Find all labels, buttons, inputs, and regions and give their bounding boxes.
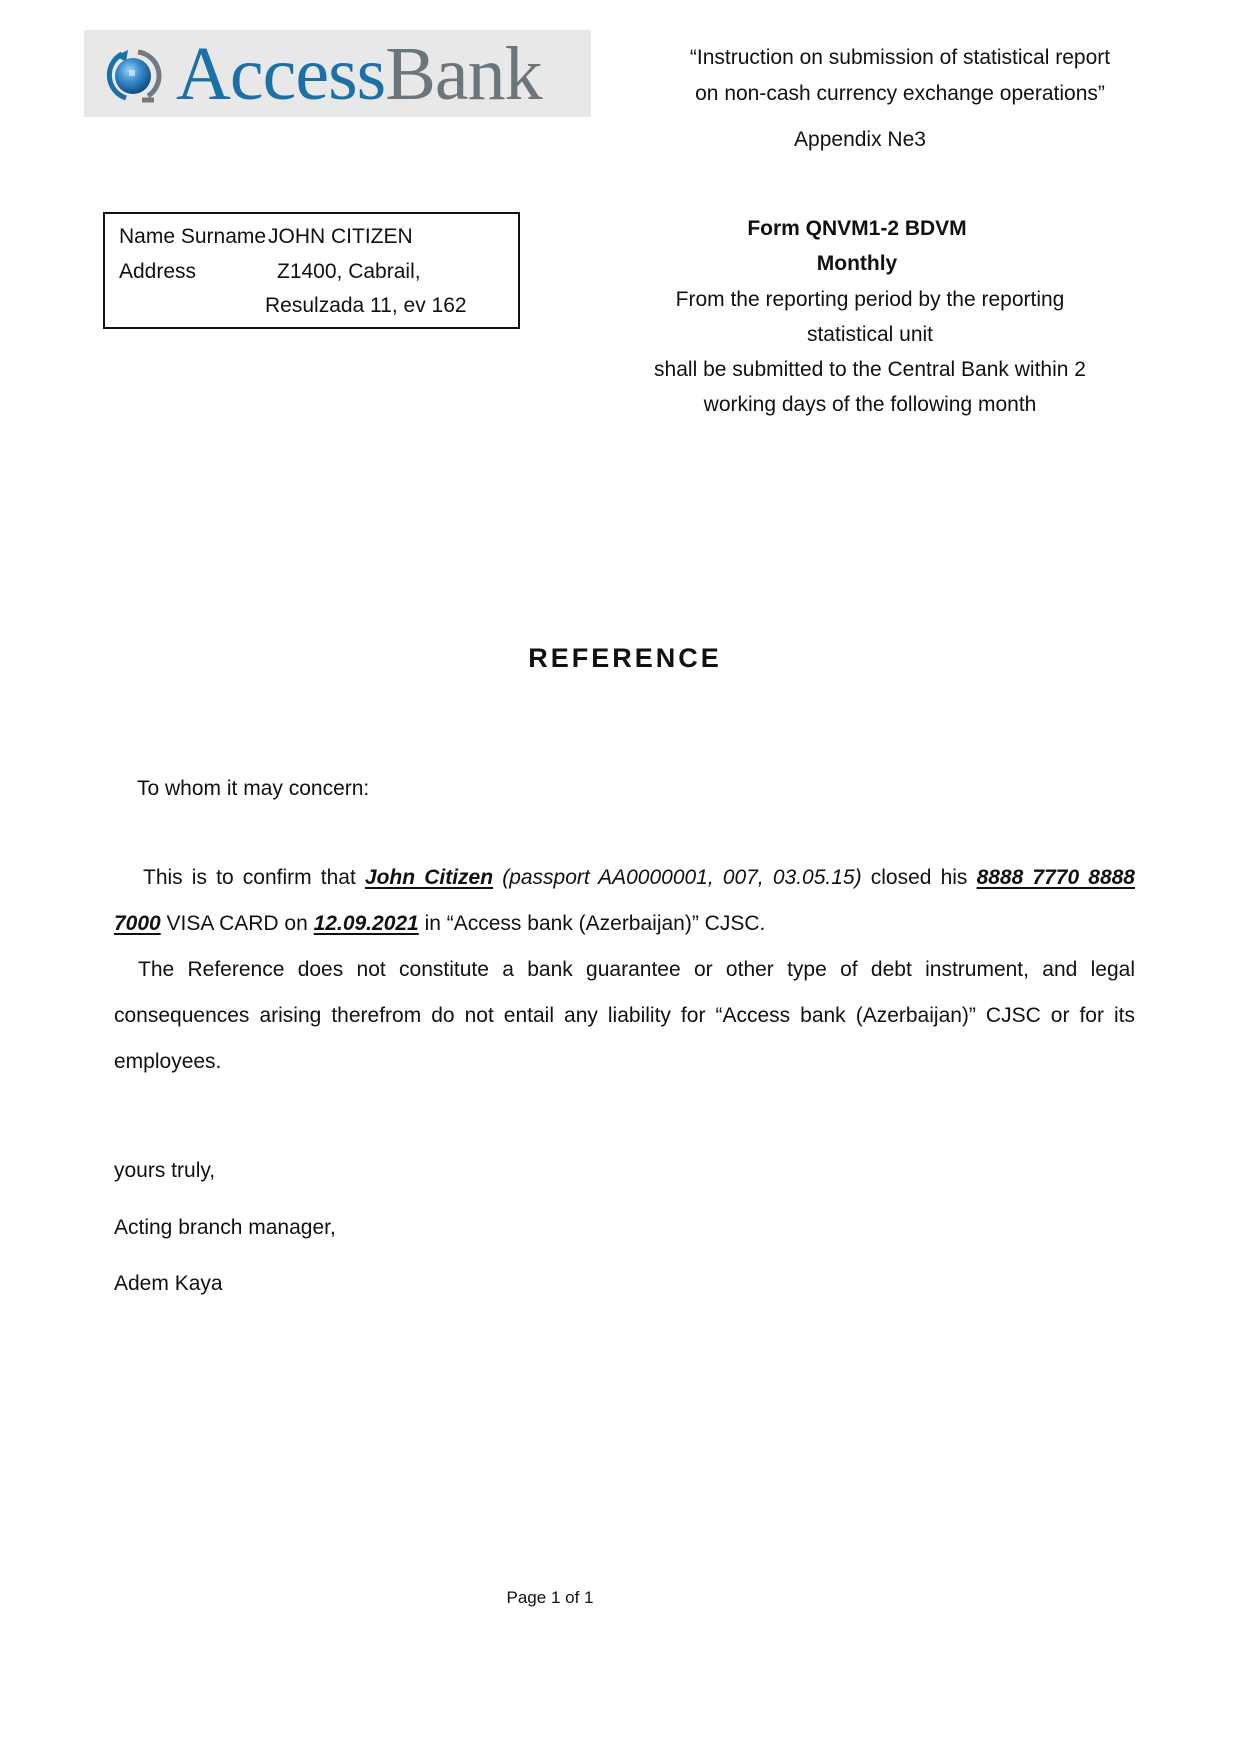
card-type: VISA CARD on xyxy=(161,912,314,935)
name-label: Name Surname xyxy=(119,222,266,252)
disclaimer-paragraph: The Reference does not constitute a bank… xyxy=(114,947,1135,1085)
reference-body: This is to confirm that John Citizen (pa… xyxy=(114,855,1135,1085)
signatory-position: Acting branch manager, xyxy=(114,1200,336,1257)
confirmation-paragraph: This is to confirm that John Citizen (pa… xyxy=(114,855,1135,947)
form-info: Form QNVM1-2 BDVM Monthly From the repor… xyxy=(620,211,1120,423)
recipient-info-box: Name Surname JOHN CITIZEN Address Z1400,… xyxy=(103,212,520,329)
holder-name: John Citizen xyxy=(365,866,493,889)
instruction-line-2: on non-cash currency exchange operations… xyxy=(640,76,1160,112)
instruction-line-1: “Instruction on submission of statistica… xyxy=(640,40,1160,76)
page-indicator: Page 1 of 1 xyxy=(0,1586,1100,1610)
form-code: Form QNVM1-2 BDVM xyxy=(594,211,1120,246)
appendix-label: Appendix Ne3 xyxy=(640,123,1080,157)
passport-info: (passport AA0000001, 007, 03.05.15) xyxy=(493,866,862,889)
closing-date: 12.09.2021 xyxy=(314,912,419,935)
form-description-line-1: From the reporting period by the reporti… xyxy=(620,282,1120,317)
signatory-name: Adem Kaya xyxy=(114,1256,336,1313)
confirmation-middle: closed his xyxy=(862,866,977,889)
salutation: To whom it may concern: xyxy=(137,772,369,806)
bank-logo: AccessBank xyxy=(84,30,591,117)
logo-brand-access: Access xyxy=(176,32,385,116)
confirmation-prefix: This is to confirm that xyxy=(143,866,365,889)
instruction-reference: “Instruction on submission of statistica… xyxy=(640,40,1160,112)
address-line-2: Resulzada 11, ev 162 xyxy=(265,291,467,321)
name-value: JOHN CITIZEN xyxy=(268,222,413,252)
form-description-line-3: shall be submitted to the Central Bank w… xyxy=(620,352,1120,387)
rotating-globe-logo-icon xyxy=(102,46,166,106)
document-title: REFERENCE xyxy=(0,640,1240,676)
bank-name-suffix: in “Access bank (Azerbaijan)” CJSC. xyxy=(419,912,766,935)
bank-logo-wordmark: AccessBank xyxy=(176,34,542,114)
closing-block: yours truly, Acting branch manager, Adem… xyxy=(114,1143,336,1313)
form-frequency: Monthly xyxy=(594,246,1120,281)
valediction: yours truly, xyxy=(114,1143,336,1200)
form-description-line-4: working days of the following month xyxy=(620,387,1120,422)
logo-brand-bank: Bank xyxy=(385,32,541,116)
form-description-line-2: statistical unit xyxy=(620,317,1120,352)
address-line-1: Z1400, Cabrail, xyxy=(277,257,421,287)
address-label: Address xyxy=(119,257,196,287)
